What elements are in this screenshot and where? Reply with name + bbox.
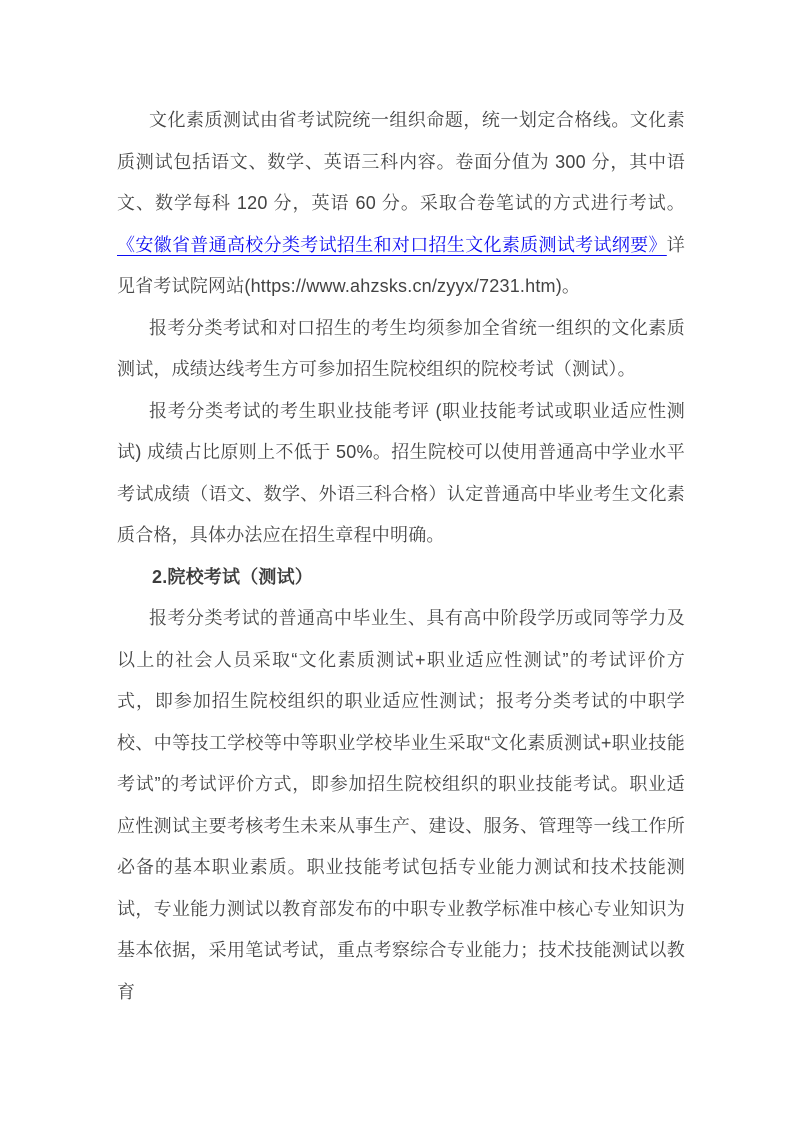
paragraph-text: 报考分类考试的普通高中毕业生、具有高中阶段学历或同等学力及以上的社会人员采取“文… [117, 608, 685, 1002]
heading-text: 2.院校考试（测试） [152, 567, 313, 587]
paragraph-unified-test-requirement: 报考分类考试和对口招生的考生均须参加全省统一组织的文化素质测试，成绩达线考生方可… [117, 308, 685, 391]
paragraph-text: 报考分类考试和对口招生的考生均须参加全省统一组织的文化素质测试，成绩达线考生方可… [117, 318, 685, 380]
paragraph-school-exam-detail: 报考分类考试的普通高中毕业生、具有高中阶段学历或同等学力及以上的社会人员采取“文… [117, 598, 685, 1013]
heading-school-exam: 2.院校考试（测试） [117, 557, 685, 599]
document-body: 文化素质测试由省考试院统一组织命题，统一划定合格线。文化素质测试包括语文、数学、… [117, 100, 685, 1013]
exam-outline-link[interactable]: 《安徽省普通高校分类考试招生和对口招生文化素质测试考试纲要》 [117, 235, 667, 255]
paragraph-text: 报考分类考试的考生职业技能考评 (职业技能考试或职业适应性测试) 成绩占比原则上… [117, 401, 685, 546]
paragraph-text: 文化素质测试由省考试院统一组织命题，统一划定合格线。文化素质测试包括语文、数学、… [117, 110, 685, 213]
paragraph-skill-assessment-ratio: 报考分类考试的考生职业技能考评 (职业技能考试或职业适应性测试) 成绩占比原则上… [117, 391, 685, 557]
paragraph-culture-test-overview: 文化素质测试由省考试院统一组织命题，统一划定合格线。文化素质测试包括语文、数学、… [117, 100, 685, 308]
document-page: { "page": { "background_color": "#ffffff… [0, 0, 793, 1122]
